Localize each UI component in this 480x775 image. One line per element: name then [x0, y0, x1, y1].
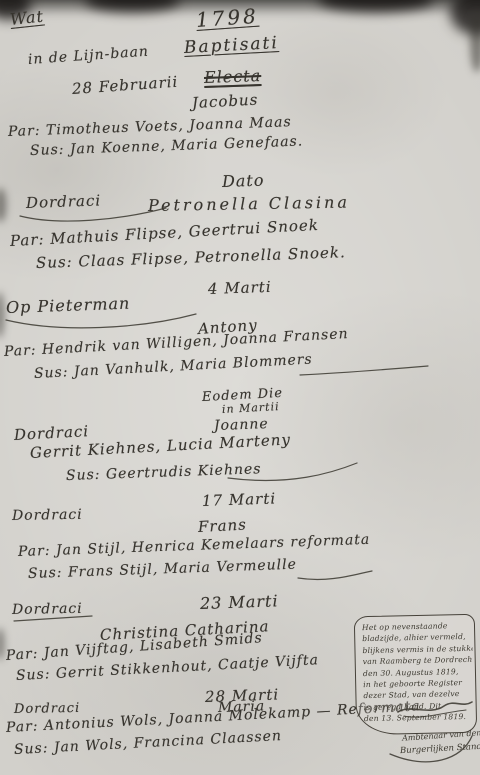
entry-child-name: Petronella Clasina — [148, 192, 350, 215]
year-heading: 1798 — [195, 4, 259, 32]
entry-sponsors: Sus: Geertrudis Kiehnes — [66, 461, 262, 484]
entry-place: Dordraci — [12, 601, 83, 618]
entry-place: Op Pieterman — [6, 294, 131, 317]
entry-child-name: Frans — [198, 515, 248, 536]
scan-smudge — [0, 628, 4, 660]
entry-place: Dordraci — [12, 507, 83, 524]
scan-smudge — [0, 292, 4, 338]
entry-place: in de Lijn-baan — [27, 44, 149, 68]
margin-certification-note: Het op nevenstaande bladzijde, alhier ve… — [354, 614, 477, 736]
entry-date: 28 Februarii — [71, 73, 178, 98]
register-title: Baptisati — [183, 33, 279, 58]
entry-place: Dordraci — [14, 701, 80, 717]
entry-date: Dato — [222, 171, 265, 191]
margin-note-line: dezer Stad, van dezelve — [363, 688, 473, 702]
corner-note: Wat — [9, 6, 45, 28]
scan-smudge — [470, 12, 480, 72]
baptismal-register-scan: Wat 1798 Baptisati Electa in de Lijn-baa… — [0, 0, 480, 775]
entry-sponsors: Sus: Frans Stijl, Maria Vermeulle — [28, 557, 297, 582]
entry-sponsors: Sus: Claas Flipse, Petronella Snoek. — [36, 243, 346, 272]
entry-date: 23 Marti — [200, 591, 279, 613]
entry-date: 4 Marti — [208, 278, 272, 298]
margin-note-line: den 13. September 1819. — [364, 711, 474, 725]
entry-parents: Par: Jan Stijl, Henrica Kemelaars reform… — [18, 532, 371, 560]
entry-date-sub: in Martii — [222, 400, 280, 416]
scan-smudge — [0, 188, 6, 222]
struck-word: Electa — [204, 66, 262, 87]
entry-child-name: Jacobus — [192, 91, 259, 112]
entry-place: Dordraci — [26, 191, 102, 212]
entry-date: 17 Marti — [202, 489, 277, 510]
officer-title-line2: Burgerlijken Stand — [400, 742, 480, 756]
